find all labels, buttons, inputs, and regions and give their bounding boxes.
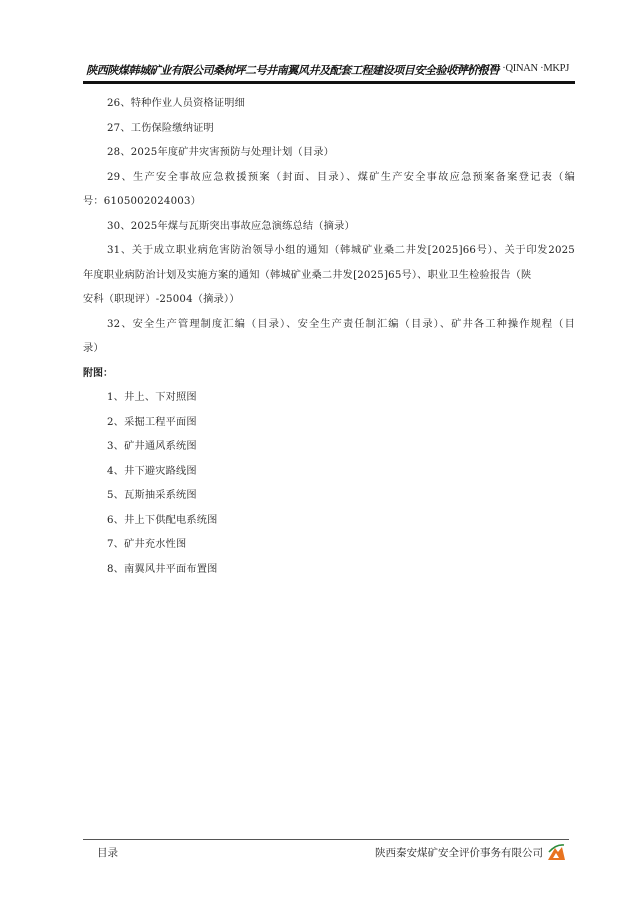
- footer-company-name: 陕西秦安煤矿安全评价事务有限公司: [375, 845, 543, 860]
- page-footer: 目录 陕西秦安煤矿安全评价事务有限公司: [83, 839, 575, 869]
- figure-item-7: 7、矿井充水性图: [83, 533, 575, 558]
- page-header: 陕西陕煤韩城矿业有限公司桑树坪二号井南翼风井及配套工程建设项目安全验收评价报告 …: [83, 58, 575, 84]
- document-body: 26、特种作业人员资格证明细 27、工伤保险缴纳证明 28、2025年度矿井灾害…: [83, 92, 575, 582]
- attachment-item-26: 26、特种作业人员资格证明细: [83, 92, 575, 117]
- figure-item-5: 5、瓦斯抽采系统图: [83, 484, 575, 509]
- attachment-item-29-line-2: 号：6105002024003）: [83, 190, 575, 215]
- attachment-item-32-line-2: 录）: [83, 337, 575, 362]
- attachment-item-31-line-2: 年度职业病防治计划及实施方案的通知（韩城矿业桑二井发[2025]65号）、职业卫…: [83, 264, 575, 289]
- attachment-item-29-line-1: 29、生产安全事故应急救援预案（封面、目录）、煤矿生产安全事故应急预案备案登记表…: [83, 166, 575, 191]
- figure-item-4: 4、井下避灾路线图: [83, 460, 575, 485]
- figure-item-6: 6、井上下供配电系统图: [83, 509, 575, 534]
- company-logo-icon: [546, 843, 566, 861]
- figures-heading: 附图：: [83, 362, 575, 387]
- attachment-item-27: 27、工伤保险缴纳证明: [83, 117, 575, 142]
- figure-item-2: 2、采掘工程平面图: [83, 411, 575, 436]
- header-brand: SHAANXI ·QINAN ·MKPJ: [455, 63, 569, 74]
- attachment-item-30: 30、2025年煤与瓦斯突出事故应急演练总结（摘录）: [83, 215, 575, 240]
- attachment-item-32-line-1: 32、安全生产管理制度汇编（目录）、安全生产责任制汇编（目录）、矿井各工种操作规…: [83, 313, 575, 338]
- report-title: 陕西陕煤韩城矿业有限公司桑树坪二号井南翼风井及配套工程建设项目安全验收评价报告: [86, 62, 499, 78]
- figure-item-3: 3、矿井通风系统图: [83, 435, 575, 460]
- attachment-item-31-line-1: 31、关于成立职业病危害防治领导小组的通知（韩城矿业桑二井发[2025]66号）…: [83, 239, 575, 264]
- figure-item-8: 8、南翼风井平面布置图: [83, 558, 575, 583]
- footer-section-label: 目录: [97, 845, 118, 860]
- attachment-item-28: 28、2025年度矿井灾害预防与处理计划（目录）: [83, 141, 575, 166]
- attachment-item-31-line-3: 安科（职现评）-25004（摘录））: [83, 288, 575, 313]
- header-divider: [83, 81, 575, 84]
- footer-divider: [83, 839, 569, 840]
- figure-item-1: 1、井上、下对照图: [83, 386, 575, 411]
